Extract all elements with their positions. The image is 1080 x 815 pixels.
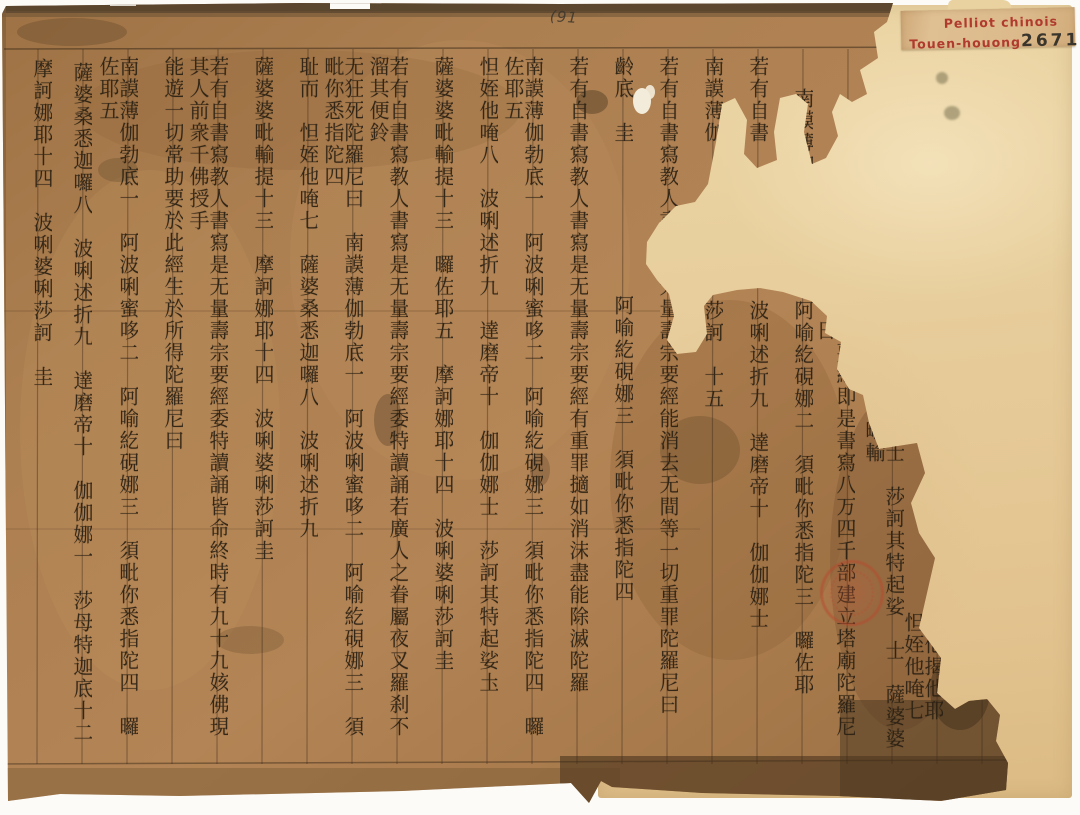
text-column: 莎訶 十五	[679, 300, 723, 758]
text-column: 怛姪他唵八 波唎述折九 達磨帝十 伽伽娜士 莎訶其特起娑圡	[454, 56, 498, 758]
text-column: 若有自書寫教人書寫是无量壽宗要經能消去无間等一切重罪陀羅尼曰	[634, 56, 678, 758]
text-column: 薩婆桑悉迦囉八 波唎述折九 達磨帝十 伽伽娜一 莎母特迦底十二	[48, 62, 92, 758]
text-column: 波唎述折九 達磨帝十 伽伽娜士	[724, 300, 768, 758]
text-column: 南謨薄伽勃底一 阿波唎蜜哆二 阿喻紇硯娜三 須毗你悉指陀四 曪佐耶五	[94, 56, 138, 758]
text-column: 能遊一切常助要於此經生於所得陀羅尼曰	[139, 56, 183, 758]
text-column: 若有自書寫教人書寫是无量壽宗要經有重罪擿如消沫盡能除滅陀羅	[544, 56, 588, 758]
text-column: 阿喻紇硯娜二 須毗你悉指陀三 曪佐耶	[769, 300, 813, 758]
text-column: 南謨薄伽勃底一 阿波唎蜜哆二 阿喻紇硯娜三 須毗你悉指陀四 曪佐耶五	[499, 56, 543, 758]
text-column: 无狂死陀羅尼曰 南謨薄伽勃底一 阿波唎蜜哆二 阿喻紇硯娜三 須毗你悉指陀四	[319, 56, 363, 758]
text-column: 薩婆婆毗輸提十三 摩訶娜耶十四 波唎婆唎莎訶圭	[229, 56, 273, 758]
label-item-number: 2671	[1021, 30, 1080, 52]
text-column: 阿喻紇硯娜三 須毗你悉指陀四	[589, 295, 633, 758]
text-column: 若有自書寫教人書寫是无量壽宗要經委特讀誦若廣人之眷屬夜叉羅刹不溜其便鈴	[364, 56, 408, 758]
label-collection-line2: Touen-houong	[909, 34, 1021, 52]
text-column: 薩婆婆毗輸提十三 曪佐耶五 摩訶娜耶十四 波唎婆唎莎訶圭	[409, 56, 453, 758]
text-column: 摩訶娜耶十四 波唎婆唎莎訶 圭	[8, 58, 52, 758]
manuscript-photo: 摩訶娜耶十四 波唎婆唎莎訶 圭薩婆桑悉迦囉八 波唎述折九 達磨帝十 伽伽娜一 莎…	[0, 0, 1080, 815]
catalog-label: Pelliot chinois Touen-houong 2671	[901, 7, 1076, 50]
text-column: 若有自書寫教人書寫是无量壽宗要經委特讀誦皆命終時有九十九姟佛現其人前衆千佛授手	[184, 56, 228, 758]
red-seal-stamp	[820, 560, 884, 626]
label-collection-line1: Pelliot chinois	[944, 14, 1059, 31]
text-column: 耻而 怛姪他唵七 薩婆桑悉迦囉八 波唎述折九	[274, 56, 318, 758]
pencil-annotation: (91	[549, 7, 578, 27]
